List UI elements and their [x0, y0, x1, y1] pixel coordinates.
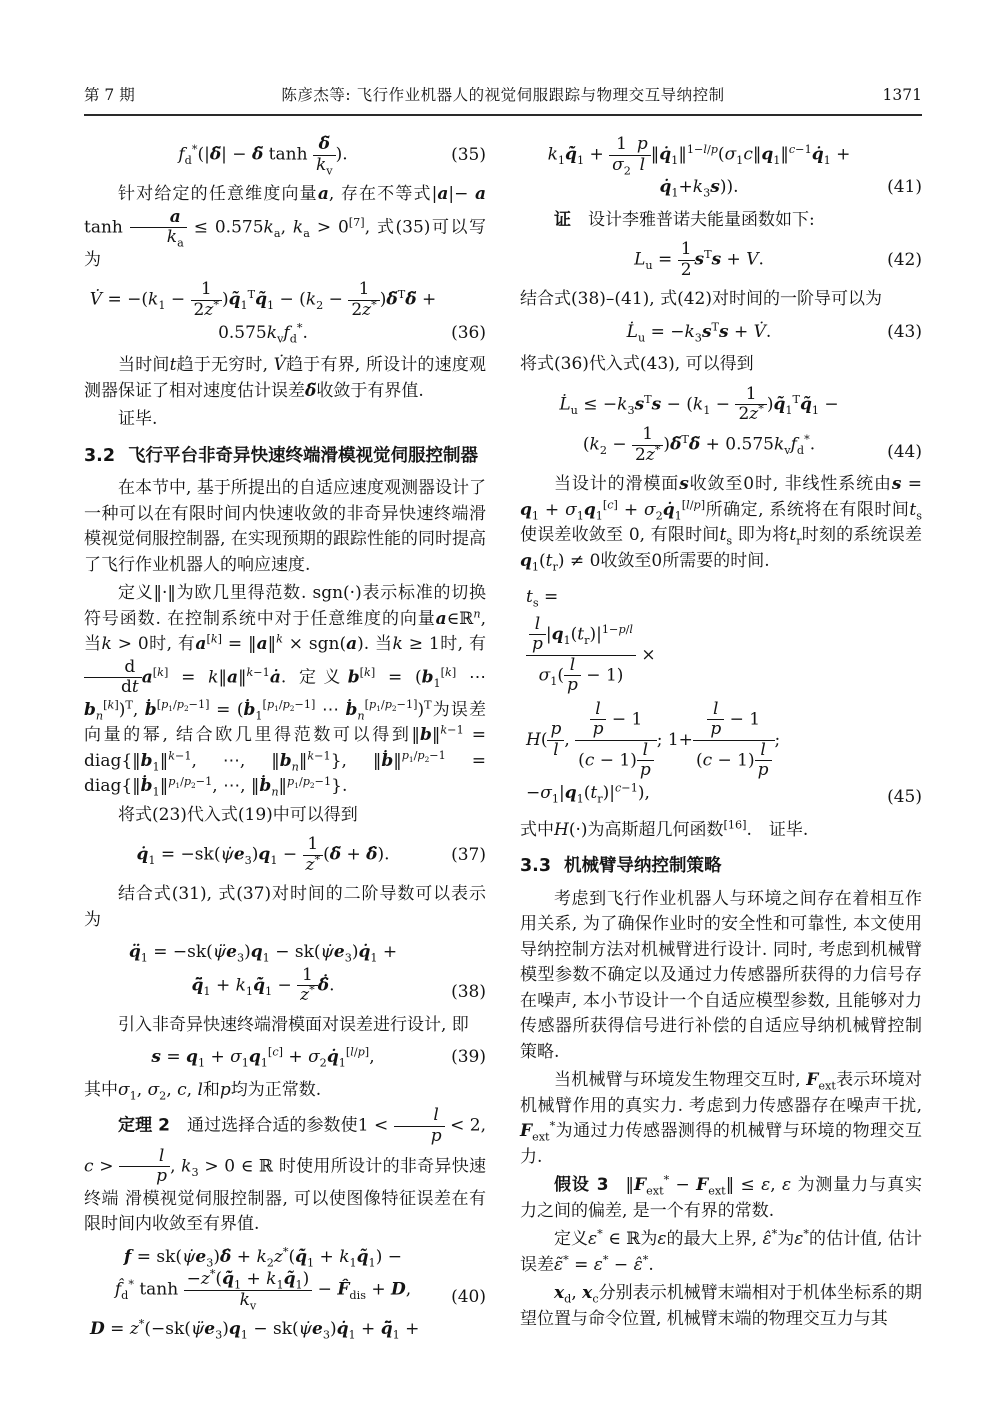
paragraph-sliding-convergence: 当设计的滑模面s收敛至0时, 非线性系统由s = q1 + σ1q1[c] + …	[520, 472, 922, 574]
journal-issue: 第 7 期	[84, 84, 214, 107]
equation-42-body: Lu = 12sTs + V.	[520, 240, 878, 280]
equation-37-number: (37)	[442, 843, 486, 869]
equation-38-body: q̈1 = −sk(ψ̈e3)q1 − sk(ψ̇e3)q̇1 +q̃̈1 + …	[84, 940, 442, 1006]
equation-38: q̈1 = −sk(ψ̈e3)q1 − sk(ψ̇e3)q̇1 +q̃̈1 + …	[84, 940, 486, 1006]
equation-37-body: q̇1 = −sk(ψ̇e3)q1 − 1z*(δ̃ + δ̂).	[84, 835, 442, 875]
equation-39: s = q1 + σ1q1[c] + σ2q̇1[l/p], (39)	[84, 1045, 486, 1071]
paragraph-vector-inequality: 针对给定的任意维度向量a, 存在不等式|a|− a tanh aka ≤ 0.5…	[84, 182, 486, 273]
paragraph-combine-38-41: 结合式(38)–(41), 式(42)对时间的一阶导可以为	[520, 287, 922, 313]
equation-37: q̇1 = −sk(ψ̇e3)q1 − 1z*(δ̃ + δ̂). (37)	[84, 835, 486, 875]
paragraph-end-effector-position: xd, xc分别表示机械臂末端相对于机体坐标系的期望位置与命令位置, 机械臂末端…	[520, 1281, 922, 1332]
equation-36-number: (36)	[442, 321, 486, 347]
equation-39-number: (39)	[442, 1045, 486, 1071]
paragraph-proof-end: 证毕.	[84, 407, 486, 433]
equation-36-body: V̇ = −(k1 − 12z*)q̃1Tq̃1 − (k2 − 12z*)δ̃…	[84, 280, 442, 346]
paper-page: 第 7 期 陈彦杰等: 飞行作业机器人的视觉伺服跟踪与物理交互导纳控制 1371…	[0, 0, 992, 1403]
paragraph-assumption-3: 假设 3 ‖Fext* − Fext‖ ≤ ε, ε 为测量力与真实力之间的偏差…	[520, 1173, 922, 1224]
equation-39-body: s = q1 + σ1q1[c] + σ2q̇1[l/p],	[84, 1045, 442, 1071]
equation-43: L̇u = −k3sTs + V̇. (43)	[520, 320, 922, 346]
equation-43-body: L̇u = −k3sTs + V̇.	[520, 320, 878, 346]
equation-40-continuation: D = z*(−sk(ψ̈e3)q1 − sk(ψ̇e3)q̇1 + q̃̈1 …	[84, 1317, 486, 1343]
paragraph-time-bounded: 当时间t趋于无穷时, V̇趋于有界, 所设计的速度观测器保证了相对速度估计误差δ…	[84, 353, 486, 404]
equation-44: L̇u ≤ −k3sTs − (k1 − 12z*)q̃1Tq̃1 −(k2 −…	[520, 385, 922, 465]
equation-45-body: ts =lp|q1(tr)|1−p/lσ1(lp − 1) ×H(pl, lp …	[520, 581, 878, 810]
paragraph-constants: 其中σ1, σ2, c, l和p均为正常数.	[84, 1078, 486, 1104]
equation-43-number: (43)	[878, 320, 922, 346]
paragraph-external-force: 当机械臂与环境发生物理交互时, Fext表示环境对机械臂作用的真实力. 考虑到力…	[520, 1068, 922, 1170]
paragraph-theorem-2: 定理 2 通过选择合适的参数使1 < lp < 2, c > lp, k3 > …	[84, 1106, 486, 1237]
paragraph-substitute-23-19: 将式(23)代入式(19)中可以得到	[84, 803, 486, 829]
equation-44-body: L̇u ≤ −k3sTs − (k1 − 12z*)q̃1Tq̃1 −(k2 −…	[520, 385, 878, 465]
equation-41: k1q̃̇1 + 1σ2pl‖q̇1‖1−l/p(σ1c‖q1‖c−1q̇1 +…	[520, 135, 922, 201]
page-number: 1371	[792, 84, 922, 107]
two-column-body: fd*(|δ̃| − δ̃ tanh δ̃kv). (35) 针对给定的任意维度…	[84, 128, 922, 1349]
equation-45: ts =lp|q1(tr)|1−p/lσ1(lp − 1) ×H(pl, lp …	[520, 581, 922, 810]
paragraph-section-intro: 在本节中, 基于所提出的自适应速度观测器设计了一种可以在有限时间内快速收敛的非奇…	[84, 476, 486, 578]
paragraph-admittance-intro: 考虑到飞行作业机器人与环境之间存在着相互作用关系, 为了确保作业时的安全性和可靠…	[520, 887, 922, 1066]
paragraph-epsilon-bound: 定义ε* ∈ ℝ为ε的最大上界, ε̂*为ε*的估计值, 估计误差ε̃* = ε…	[520, 1227, 922, 1278]
paragraph-hypergeometric: 式中H(·)为高斯超几何函数[16]. 证毕.	[520, 818, 922, 844]
section-3-2-heading: 3.2 飞行平台非奇异快速终端滑模视觉伺服控制器	[84, 445, 486, 469]
equation-44-number: (44)	[878, 440, 922, 466]
equation-35-body: fd*(|δ̃| − δ̃ tanh δ̃kv).	[84, 135, 442, 175]
section-3-3-title: 机械臂导纳控制策略	[564, 855, 922, 879]
section-3-3-number: 3.3	[520, 855, 564, 879]
equation-42: Lu = 12sTs + V. (42)	[520, 240, 922, 280]
equation-45-number: (45)	[878, 785, 922, 811]
equation-35-number: (35)	[442, 143, 486, 169]
section-3-2-title: 飞行平台非奇异快速终端滑模视觉伺服控制器	[128, 445, 486, 469]
equation-41-number: (41)	[878, 175, 922, 201]
equation-42-number: (42)	[878, 248, 922, 274]
paragraph-substitute-36-43: 将式(36)代入式(43), 可以得到	[520, 352, 922, 378]
page-header: 第 7 期 陈彦杰等: 飞行作业机器人的视觉伺服跟踪与物理交互导纳控制 1371	[84, 84, 922, 116]
paragraph-norm-definition: 定义‖·‖为欧几里得范数. sgn(·)表示标准的切换符号函数. 在控制系统中对…	[84, 581, 486, 800]
equation-38-number: (38)	[442, 980, 486, 1006]
section-3-3-heading: 3.3 机械臂导纳控制策略	[520, 855, 922, 879]
left-column: fd*(|δ̃| − δ̃ tanh δ̃kv). (35) 针对给定的任意维度…	[84, 128, 486, 1349]
equation-40: f = sk(ψ̇e3)δ̂ + k2z*(q̃̇1 + k1q̃1) −f̂d…	[84, 1245, 486, 1311]
right-column: k1q̃̇1 + 1σ2pl‖q̇1‖1−l/p(σ1c‖q1‖c−1q̇1 +…	[520, 128, 922, 1349]
equation-40-body: f = sk(ψ̇e3)δ̂ + k2z*(q̃̇1 + k1q̃1) −f̂d…	[84, 1245, 442, 1311]
paragraph-combine-31: 结合式(31), 式(37)对时间的二阶导数可以表示为	[84, 882, 486, 933]
equation-41-body: k1q̃̇1 + 1σ2pl‖q̇1‖1−l/p(σ1c‖q1‖c−1q̇1 +…	[520, 135, 878, 201]
equation-36: V̇ = −(k1 − 12z*)q̃1Tq̃1 − (k2 − 12z*)δ̃…	[84, 280, 486, 346]
paragraph-proof-start: 证 设计李雅普诺夫能量函数如下:	[520, 208, 922, 234]
running-title: 陈彦杰等: 飞行作业机器人的视觉伺服跟踪与物理交互导纳控制	[214, 84, 792, 107]
section-3-2-number: 3.2	[84, 445, 128, 469]
equation-35: fd*(|δ̃| − δ̃ tanh δ̃kv). (35)	[84, 135, 486, 175]
equation-40-number: (40)	[442, 1285, 486, 1311]
paragraph-sliding-surface: 引入非奇异快速终端滑模面对误差进行设计, 即	[84, 1013, 486, 1039]
equation-40-continuation-body: D = z*(−sk(ψ̈e3)q1 − sk(ψ̇e3)q̇1 + q̃̈1 …	[84, 1317, 486, 1343]
